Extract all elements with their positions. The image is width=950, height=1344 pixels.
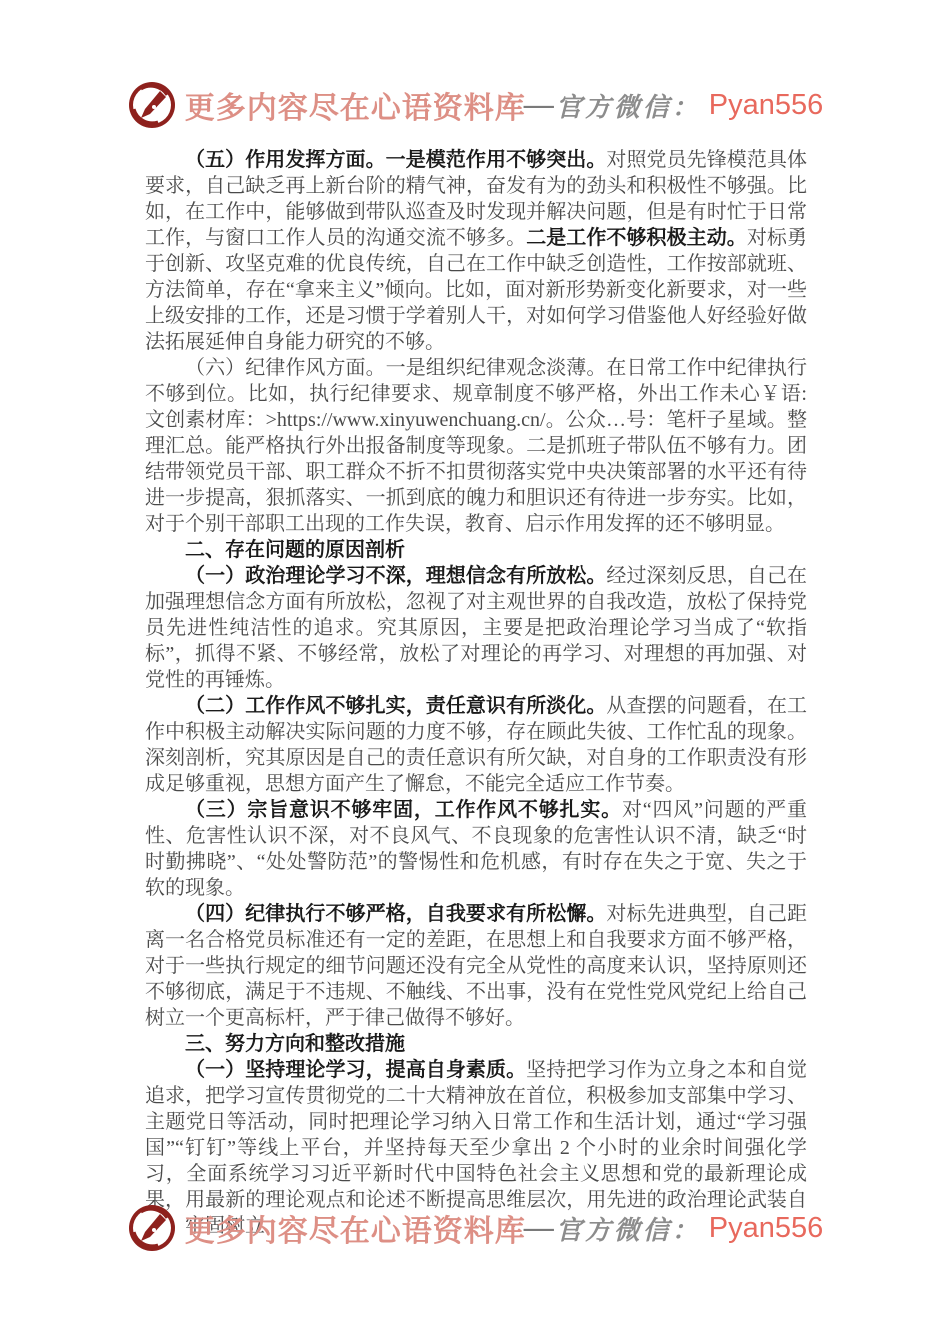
- paragraph: （六）纪律作风方面。一是组织纪律观念淡薄。在日常工作中纪律执行不够到位。比如，执…: [145, 355, 807, 537]
- text-run: 二、存在问题的原因剖析: [185, 539, 405, 561]
- text-run: （二）工作作风不够扎实，责任意识有所淡化。: [185, 695, 606, 717]
- document-page: 更多内容尽在心语资料库 — 官方微信： Pyan556 （五）作用发挥方面。一是…: [0, 0, 950, 1344]
- text-run: （一）政治理论学习不深，理想信念有所放松。: [185, 565, 606, 587]
- watermark-dash: —: [524, 88, 554, 122]
- section-heading: 二、存在问题的原因剖析: [145, 537, 807, 563]
- text-run: （三）宗旨意识不够牢固，工作作风不够扎实。: [185, 799, 622, 821]
- text-run: 二是工作不够积极主动。: [526, 227, 747, 249]
- watermark-footer: 更多内容尽在心语资料库 — 官方微信： Pyan556: [0, 1203, 950, 1253]
- paragraph: （五）作用发挥方面。一是模范作用不够突出。对照党员先锋模范具体要求，自己缺乏再上…: [145, 147, 807, 355]
- watermark-header: 更多内容尽在心语资料库 — 官方微信： Pyan556: [0, 80, 950, 130]
- text-run: （五）作用发挥方面。一是模范作用不够突出。: [185, 149, 606, 171]
- text-run: 三、努力方向和整改措施: [185, 1033, 405, 1055]
- wechat-id: Pyan556: [709, 89, 824, 122]
- pen-nib-logo-icon: [127, 80, 177, 130]
- paragraph: （三）宗旨意识不够牢固，工作作风不够扎实。对“四风”问题的严重性、危害性认识不深…: [145, 797, 807, 901]
- wechat-id: Pyan556: [709, 1212, 824, 1245]
- paragraph: （一）政治理论学习不深，理想信念有所放松。经过深刻反思，自己在加强理想信念方面有…: [145, 563, 807, 693]
- section-heading: 三、努力方向和整改措施: [145, 1031, 807, 1057]
- text-run: （六）纪律作风方面。一是组织纪律观念淡薄。在日常工作中纪律执行不够到位。比如，执…: [145, 357, 807, 535]
- document-body: （五）作用发挥方面。一是模范作用不够突出。对照党员先锋模范具体要求，自己缺乏再上…: [145, 147, 807, 1239]
- paragraph: （二）工作作风不够扎实，责任意识有所淡化。从查摆的问题看，在工作中积极主动解决实…: [145, 693, 807, 797]
- watermark-dash: —: [524, 1211, 554, 1245]
- pen-nib-logo-icon: [127, 1203, 177, 1253]
- wechat-label: 官方微信：: [556, 1210, 701, 1247]
- watermark-brand-text: 更多内容尽在心语资料库: [185, 1206, 526, 1250]
- watermark-brand-text: 更多内容尽在心语资料库: [185, 83, 526, 127]
- text-run: （四）纪律执行不够严格，自我要求有所松懈。: [185, 903, 606, 925]
- paragraph: （四）纪律执行不够严格，自我要求有所松懈。对标先进典型，自己距离一名合格党员标准…: [145, 901, 807, 1031]
- wechat-label: 官方微信：: [556, 87, 701, 124]
- text-run: （一）坚持理论学习，提高自身素质。: [185, 1059, 526, 1081]
